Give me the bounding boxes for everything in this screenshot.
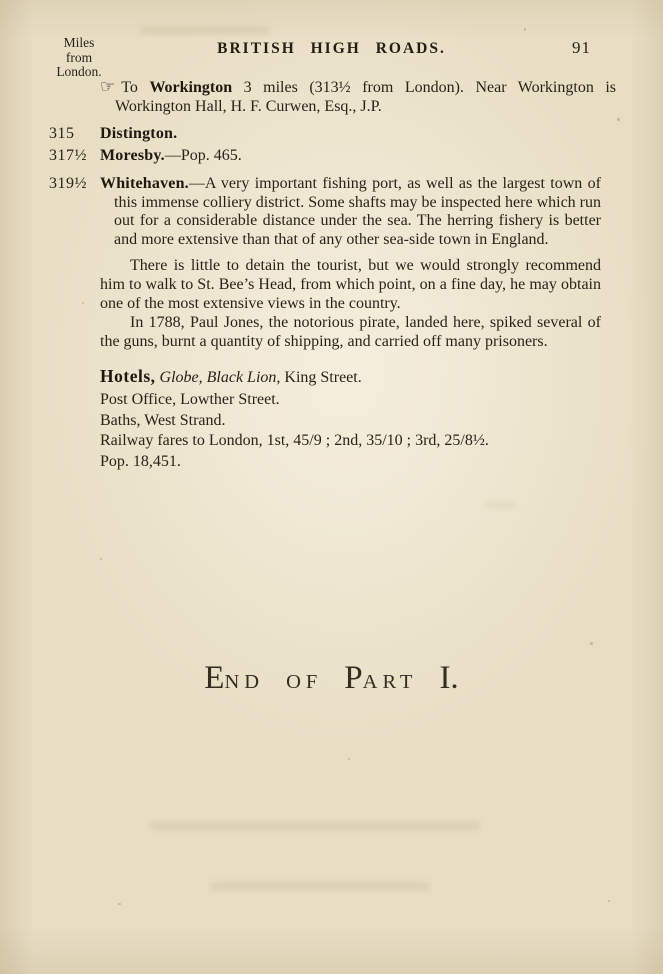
end-word: PART xyxy=(344,658,417,702)
road-entry-moresby: 317½ Moresby.—Pop. 465. xyxy=(100,147,601,166)
miles-value: 319½ xyxy=(49,175,99,193)
workington-note: ☞To Workington 3 miles (313½ from London… xyxy=(100,78,616,116)
place-name-bold: Distington. xyxy=(100,125,177,142)
show-through-mark xyxy=(150,822,480,830)
foxing-speck xyxy=(524,28,526,31)
foxing-speck xyxy=(348,758,350,760)
show-through-mark xyxy=(484,503,516,507)
hotels-line: Hotels, Globe, Black Lion, King Street. xyxy=(100,367,601,387)
miles-value: 315 xyxy=(49,125,99,143)
show-through-mark xyxy=(140,26,270,34)
hotels-street: King Street. xyxy=(280,369,361,386)
hotel-name-italic: Black Lion, xyxy=(203,369,281,386)
entry-text: Moresby.—Pop. 465. xyxy=(100,147,601,166)
manicule-pointing-hand-icon: ☞ xyxy=(100,77,115,97)
note-text: To xyxy=(121,79,149,96)
end-word: OF xyxy=(286,662,322,702)
end-of-part-title: END OF PART I. xyxy=(0,658,663,702)
show-through-mark xyxy=(210,882,430,890)
tourist-paragraph: There is little to detain the tourist, b… xyxy=(100,256,601,313)
foxing-speck xyxy=(82,302,84,304)
foxing-speck xyxy=(608,900,610,902)
baths-line: Baths, West Strand. xyxy=(100,411,601,430)
entry-text: Distington. xyxy=(100,125,601,144)
road-entry-distington: 315 Distington. xyxy=(100,125,601,144)
end-word: I. xyxy=(439,658,458,698)
entry-description: —Pop. 465. xyxy=(165,147,242,164)
railway-fares-line: Railway fares to London, 1st, 45/9 ; 2nd… xyxy=(100,431,601,450)
page-number: 91 xyxy=(572,38,591,58)
entry-text: Whitehaven.—A very important fishing por… xyxy=(100,175,601,249)
road-entry-whitehaven: 319½ Whitehaven.—A very important fishin… xyxy=(100,175,601,249)
foxing-speck xyxy=(100,558,102,560)
hotels-label-bold: Hotels, xyxy=(100,366,156,386)
end-word: END xyxy=(204,658,264,702)
running-title: BRITISH HIGH ROADS. xyxy=(0,40,663,58)
foxing-speck xyxy=(118,903,121,905)
hotel-name-italic: Globe, xyxy=(156,369,203,386)
place-name-bold: Workington xyxy=(149,79,232,96)
paul-jones-paragraph: In 1788, Paul Jones, the notorious pirat… xyxy=(100,313,601,351)
place-name-bold: Whitehaven. xyxy=(100,175,189,192)
post-office-line: Post Office, Lowther Street. xyxy=(100,390,601,409)
miles-value: 317½ xyxy=(49,147,99,165)
foxing-speck xyxy=(590,642,593,645)
place-name-bold: Moresby. xyxy=(100,147,165,164)
population-line: Pop. 18,451. xyxy=(100,452,601,471)
foxing-speck xyxy=(617,118,620,121)
